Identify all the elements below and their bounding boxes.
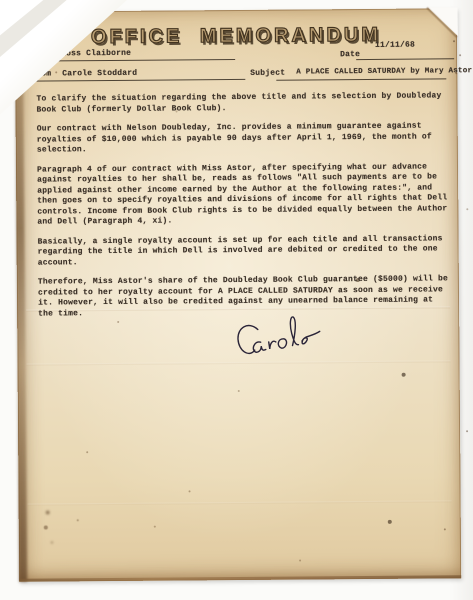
memo-paragraph: Basically, a single royalty account is s…: [38, 234, 450, 269]
memo-paragraph: Therefore, Miss Astor's share of the Dou…: [38, 274, 450, 319]
date-value: 11/11/68: [375, 41, 415, 50]
subject-label: Subject: [250, 69, 285, 78]
to-value: Ross Claiborne: [61, 49, 131, 59]
memo-body: To clarify the situation regarding the a…: [36, 91, 450, 328]
signature-stroke: [236, 313, 322, 354]
memo-paragraph: To clarify the situation regarding the a…: [36, 91, 448, 115]
memo-photo: OFFICE MEMORANDUM Ross Claiborne Date 11…: [0, 0, 473, 600]
subject-value: A PLACE CALLED SATURDAY by Mary Astor: [296, 67, 472, 76]
memo-paragraph: Our contract with Nelson Doubleday, Inc.…: [37, 121, 449, 156]
date-label: Date: [340, 50, 360, 59]
paper-bottom-edge: [19, 575, 461, 581]
subject-underline: [276, 78, 446, 80]
to-underline: [57, 59, 235, 61]
date-underline: [356, 58, 454, 60]
paper-speckles: [55, 71, 57, 73]
memo-paragraph: Paragraph 4 of our contract with Miss As…: [37, 162, 449, 228]
memo-sheet: OFFICE MEMORANDUM Ross Claiborne Date 11…: [15, 8, 461, 581]
from-value: Carole Stoddard: [62, 69, 137, 79]
from-underline: [30, 79, 245, 82]
paper-crease: [27, 500, 451, 505]
